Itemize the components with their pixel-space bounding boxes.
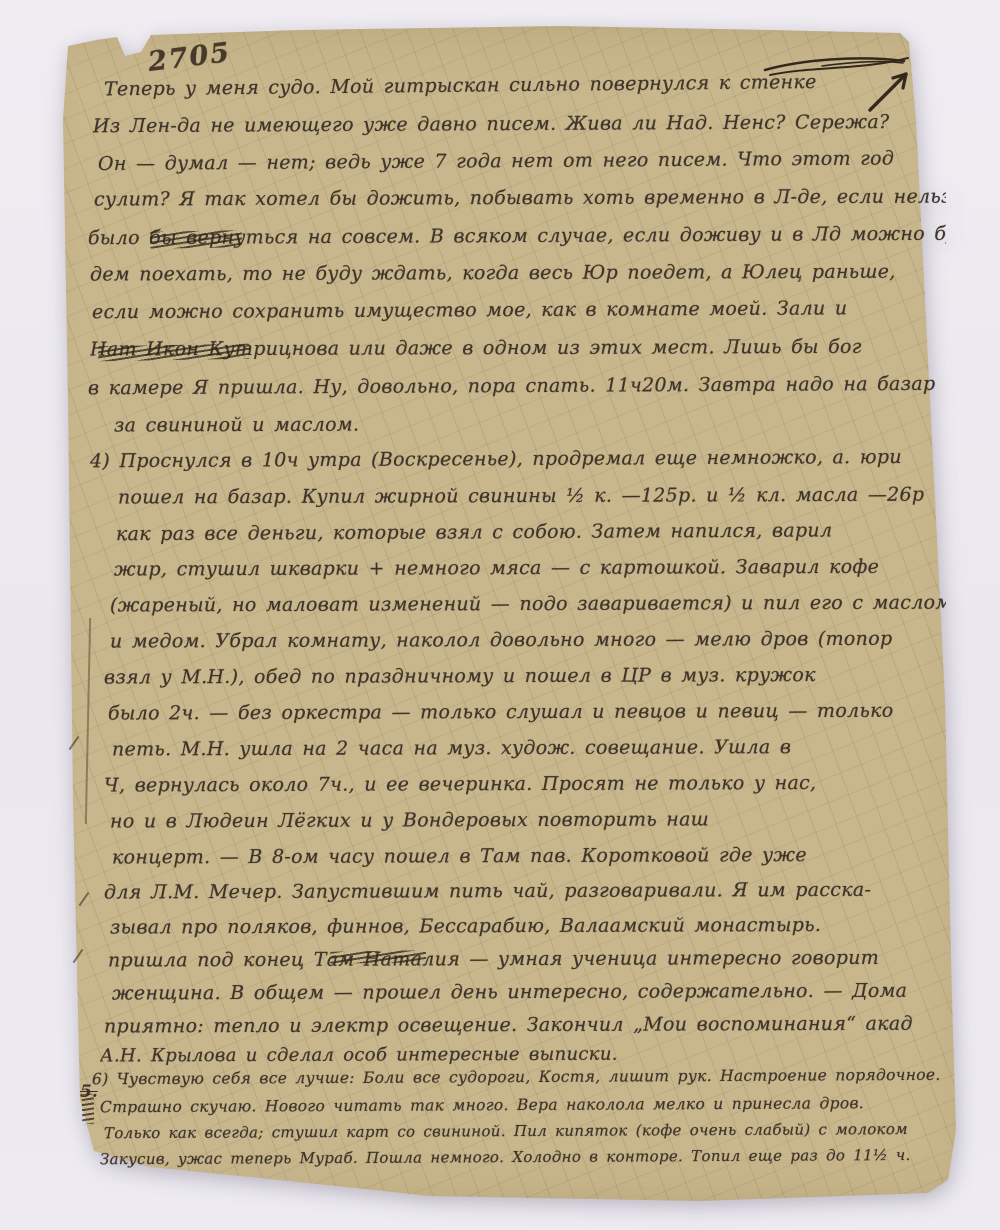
photo-of-manuscript: 2705 Теперь у меня судо. Мой гитрыскан с… <box>0 0 1000 1230</box>
manuscript-page: 2705 Теперь у меня судо. Мой гитрыскан с… <box>0 0 1000 1230</box>
paper-edge-shading <box>0 0 1000 1230</box>
